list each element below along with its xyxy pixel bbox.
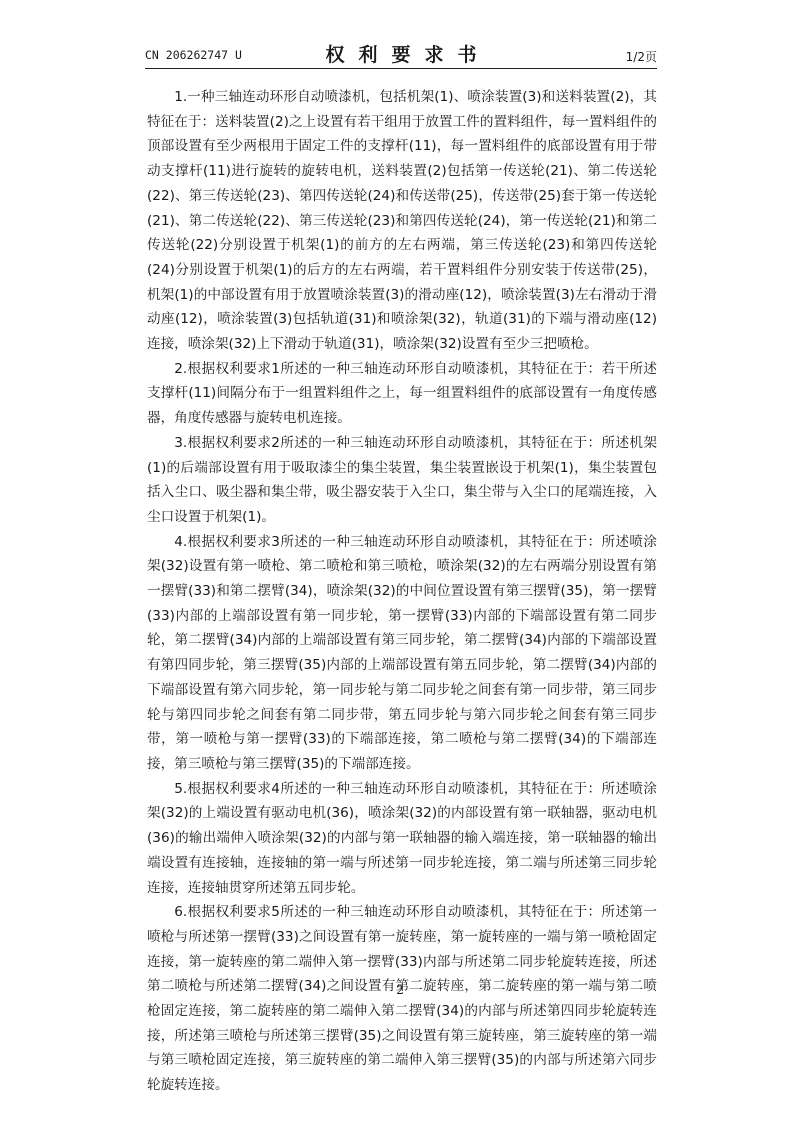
- page-indicator: 1/2页: [626, 48, 657, 65]
- claim-4: 4.根据权利要求3所述的一种三轴连动环形自动喷漆机，其特征在于：所述喷涂架(32…: [147, 530, 657, 777]
- claim-6: 6.根据权利要求5所述的一种三轴连动环形自动喷漆机，其特征在于：所述第一喷枪与所…: [147, 900, 657, 1098]
- document-page: CN 206262747 U 权利要求书 1/2页 1.一种三轴连动环形自动喷漆…: [0, 0, 800, 1132]
- claim-3: 3.根据权利要求2所述的一种三轴连动环形自动喷漆机，其特征在于：所述机架(1)的…: [147, 431, 657, 530]
- page-header: CN 206262747 U 权利要求书 1/2页: [145, 38, 657, 68]
- publication-number: CN 206262747 U: [145, 48, 242, 62]
- header-divider: [145, 68, 657, 69]
- claim-1: 1.一种三轴连动环形自动喷漆机，包括机架(1)、喷涂装置(3)和送料装置(2)，…: [147, 85, 657, 357]
- claim-2: 2.根据权利要求1所述的一种三轴连动环形自动喷漆机，其特征在于：若干所述支撑杆(…: [147, 357, 657, 431]
- claims-body: 1.一种三轴连动环形自动喷漆机，包括机架(1)、喷涂装置(3)和送料装置(2)，…: [147, 85, 657, 1098]
- page-number: 2: [0, 983, 800, 997]
- document-title: 权利要求书: [311, 40, 490, 67]
- claim-5: 5.根据权利要求4所述的一种三轴连动环形自动喷漆机，其特征在于：所述喷涂架(32…: [147, 777, 657, 901]
